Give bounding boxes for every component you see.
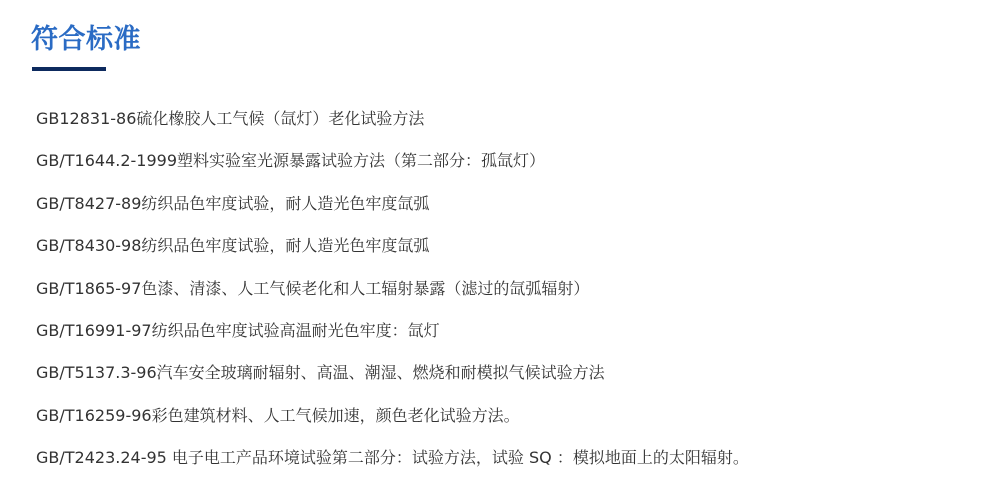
standard-item: GB/T1865-97色漆、清漆、人工气候老化和人工辐射暴露（滤过的氙弧辐射） — [36, 274, 749, 316]
standard-item: GB/T8427-89纺织品色牢度试验，耐人造光色牢度氙弧 — [36, 189, 749, 231]
standard-item: GB/T8430-98纺织品色牢度试验，耐人造光色牢度氙弧 — [36, 231, 749, 273]
title-underline — [32, 67, 106, 71]
standard-item: GB/T16991-97纺织品色牢度试验高温耐光色牢度：氙灯 — [36, 316, 749, 358]
standards-list: GB12831-86硫化橡胶人工气候（氙灯）老化试验方法 GB/T1644.2-… — [36, 104, 749, 486]
standard-item: GB/T16259-96彩色建筑材料、人工气候加速，颜色老化试验方法。 — [36, 401, 749, 443]
standard-item: GB/T2423.24-95 电子电工产品环境试验第二部分：试验方法，试验 SQ… — [36, 443, 749, 485]
standard-item: GB/T1644.2-1999塑料实验室光源暴露试验方法（第二部分：孤氙灯） — [36, 146, 749, 188]
standard-item: GB12831-86硫化橡胶人工气候（氙灯）老化试验方法 — [36, 104, 749, 146]
standard-item: GB/T5137.3-96汽车安全玻璃耐辐射、高温、潮湿、燃烧和耐模拟气候试验方… — [36, 358, 749, 400]
section-title: 符合标准 — [31, 20, 141, 60]
